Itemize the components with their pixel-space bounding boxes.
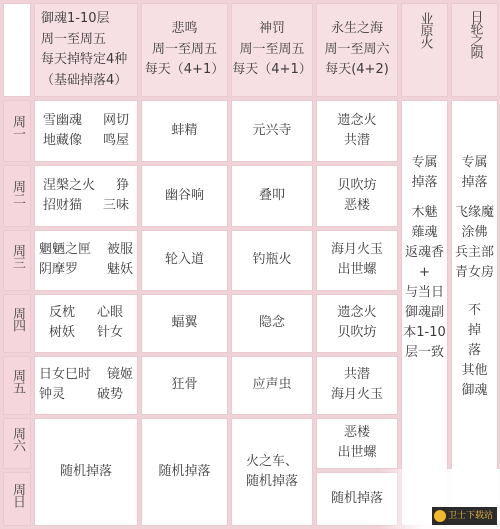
yuhun-name: 地藏像 [43,131,82,151]
yuhun-name: 魍魉之匣 [39,240,91,260]
day-label: 周日 [3,472,31,526]
yuhun-pair: 钟灵破势 [35,385,137,405]
yuhun-cell: 涅槃之火狰 招财猫三味 [34,165,138,227]
yuhun-name: 海月火玉 [317,240,397,260]
yuhun-pair: 反枕心眼 [35,303,137,323]
drop-text: 随机掉落 [232,472,312,492]
day-label: 周一 [3,100,31,162]
yuhun-pair: 招财猫三味 [35,196,137,216]
yuhun-name: 阴摩罗 [39,260,78,280]
yongsheng-drop: 海月火玉 出世螺 [316,230,398,290]
header-line: 每天掉特定4种 [41,50,137,71]
day-label: 周三 [3,230,31,290]
yuhun-name: 破势 [97,385,123,405]
yuhun-name: 网切 [103,111,129,131]
yuhun-name: 钟灵 [39,385,65,405]
watermark-badge: 卫士下载站 [432,507,497,525]
header-vertical-text: 业原火 [418,12,432,48]
yuhun-name: 共潜 [317,131,397,151]
drop-text: 木魅 [402,203,447,223]
drop-text: 本1-10 [402,323,447,343]
yongsheng-drop: 遗念火 共潜 [316,100,398,162]
yongsheng-drop: 遗念火 贝吹坊 [316,294,398,353]
yuhun-pair: 魍魉之匣被服 [35,240,137,260]
drop-text: 涂佛 [452,223,497,243]
beiming-drop: 蝠翼 [141,294,228,353]
day-text: 周六 [10,427,24,451]
drop-text: 火之车、 [232,452,312,472]
day-text: 周日 [10,483,24,507]
yuhun-name: 贝吹坊 [317,323,397,343]
header-line: 悲鸣 [142,19,227,40]
spacer [402,193,447,203]
yuhun-cell: 反枕心眼 树妖针女 [34,294,138,353]
yuhun-name: 恶楼 [317,196,397,216]
drop-text: 与当日 [402,283,447,303]
drop-text: 御魂副 [402,303,447,323]
yuhun-name: 共潜 [317,365,397,385]
yuhun-pair: 阴摩罗魅妖 [35,260,137,280]
day-text: 周二 [10,180,24,204]
header-line: 永生之海 [317,19,397,40]
day-text: 周五 [10,369,24,393]
corner-cell [3,3,31,97]
yuhun-name: 心眼 [97,303,123,323]
yuhun-name: 遗念火 [317,303,397,323]
day-label: 周四 [3,294,31,353]
header-yeyuanhuo: 业原火 [401,3,448,97]
yongsheng-saturday-drop: 恶楼 出世螺 [316,418,398,469]
yuhun-cell: 雪幽魂网切 地藏像鸣屋 [34,100,138,162]
header-line: （基础掉落4） [41,71,137,92]
drop-text: 专属 [452,153,497,173]
header-vertical-text: 日轮之陨 [468,10,482,58]
drop-text: + [402,263,447,283]
drop-text: 不 [452,301,497,321]
yuhun-cell: 魍魉之匣被服 阴摩罗魅妖 [34,230,138,290]
beiming-drop: 轮入道 [141,230,228,290]
shenfa-drop: 钓瓶火 [231,230,313,290]
day-label: 周二 [3,165,31,227]
day-text: 周四 [10,307,24,331]
soul-drop-schedule-table: 御魂1-10层 周一至周五 每天掉特定4种 （基础掉落4） 悲鸣 周一至周五 每… [0,0,500,529]
yuhun-name: 招财猫 [43,196,82,216]
shenfa-drop: 元兴寺 [231,100,313,162]
drop-text: 飞缘魔 [452,203,497,223]
yuhun-name: 被服 [107,240,133,260]
beiming-drop: 狂骨 [141,356,228,415]
shenfa-drop: 应声虫 [231,356,313,415]
header-line: 周一至周五 [41,30,137,51]
beiming-weekend-drop: 随机掉落 [141,418,228,526]
header-line: 周一至周五 [232,40,312,61]
drop-text: 返魂香 [402,243,447,263]
drop-text: 掉落 [452,173,497,193]
day-text: 周三 [10,244,24,268]
day-text: 周一 [10,115,24,139]
header-line: 周一至周六 [317,40,397,61]
yuhun-cell: 日女巳时镜姬 钟灵破势 [34,356,138,415]
drop-text: 落 [452,341,497,361]
yuhun-name: 涅槃之火 [43,176,95,196]
drop-text: 掉落 [402,173,447,193]
header-beiming: 悲鸣 周一至周五 每天（4+1） [141,3,228,97]
row-monday: 周一 雪幽魂网切 地藏像鸣屋 蚌精 元兴寺 遗念火 共潜 专属 掉落 木魅 薙魂… [3,100,498,162]
drop-text: 专属 [402,153,447,173]
header-yuhun-1-10: 御魂1-10层 周一至周五 每天掉特定4种 （基础掉落4） [34,3,138,97]
drop-text: 掉 [452,321,497,341]
shenfa-weekend-drop: 火之车、 随机掉落 [231,418,313,526]
watermark-overlay: 卫士下载站 [380,469,500,529]
yuhun-name: 针女 [97,323,123,343]
header-row: 御魂1-10层 周一至周五 每天掉特定4种 （基础掉落4） 悲鸣 周一至周五 每… [3,3,498,97]
yuhun-pair: 地藏像鸣屋 [35,131,137,151]
yuhun-name: 魅妖 [107,260,133,280]
mascot-icon [434,510,446,522]
header-shenfa: 神罚 周一至周五 每天（4+1） [231,3,313,97]
yuhun-name: 贝吹坊 [317,176,397,196]
yuhun-name: 海月火玉 [317,385,397,405]
header-line: 每天（4+1） [232,60,312,81]
spacer [452,283,497,301]
watermark-label: 卫士下载站 [448,507,493,525]
beiming-drop: 幽谷响 [141,165,228,227]
yongsheng-drop: 贝吹坊 恶楼 [316,165,398,227]
spacer [452,193,497,203]
yuhun-name: 镜姬 [107,365,133,385]
shenfa-drop: 隐念 [231,294,313,353]
drop-text: 层一致 [402,343,447,363]
yuhun-pair: 树妖针女 [35,323,137,343]
header-line: 周一至周五 [142,40,227,61]
yuhun-name: 出世螺 [317,443,397,463]
drop-text: 兵主部 [452,243,497,263]
drop-text: 御魂 [452,381,497,401]
day-label: 周五 [3,356,31,415]
yuhun-name: 树妖 [49,323,75,343]
header-line: 御魂1-10层 [41,9,137,30]
drop-text: 薙魂 [402,223,447,243]
yuhun-pair: 雪幽魂网切 [35,111,137,131]
rilunzhiyun-drops: 专属 掉落 飞缘魔 涂佛 兵主部 青女房 不 掉 落 其他 御魂 [451,100,498,526]
yuhun-pair: 日女巳时镜姬 [35,365,137,385]
header-yongsheng: 永生之海 周一至周六 每天(4+2) [316,3,398,97]
yuhun-name: 恶楼 [317,423,397,443]
yuhun-name: 反枕 [49,303,75,323]
shenfa-drop: 叠叩 [231,165,313,227]
yuhun-name: 三味 [103,196,129,216]
yuhun-pair: 涅槃之火狰 [35,176,137,196]
beiming-drop: 蚌精 [141,100,228,162]
yuhun-weekend-drop: 随机掉落 [34,418,138,526]
header-line: 每天（4+1） [142,60,227,81]
yuhun-name: 雪幽魂 [43,111,82,131]
yuhun-name: 日女巳时 [39,365,91,385]
header-line: 每天(4+2) [317,60,397,81]
yuhun-name: 出世螺 [317,260,397,280]
day-label: 周六 [3,418,31,469]
yuhun-name: 狰 [116,176,129,196]
header-rilunzhiyun: 日轮之陨 [451,3,498,97]
yongsheng-drop: 共潜 海月火玉 [316,356,398,415]
yuhun-name: 遗念火 [317,111,397,131]
header-line: 神罚 [232,19,312,40]
yuhun-name: 鸣屋 [103,131,129,151]
drop-text: 其他 [452,361,497,381]
yeyuanhuo-drops: 专属 掉落 木魅 薙魂 返魂香 + 与当日 御魂副 本1-10 层一致 [401,100,448,526]
drop-text: 青女房 [452,263,497,283]
